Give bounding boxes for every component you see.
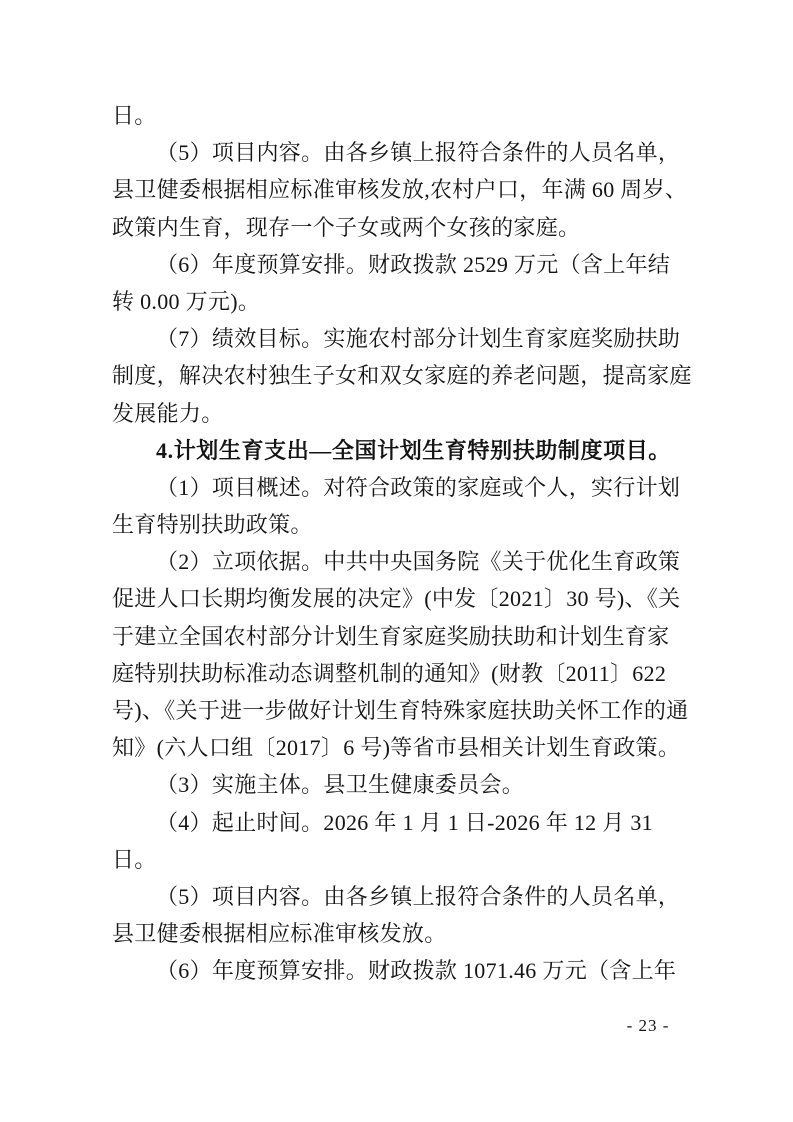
document-line: 号)、《关于进一步做好计划生育特殊家庭扶助关怀工作的通	[112, 692, 687, 729]
document-line: 于建立全国农村部分计划生育家庭奖励扶助和计划生育家	[112, 618, 687, 655]
document-line: 日。	[112, 97, 687, 134]
document-line: 知》(六人口组〔2017〕6 号)等省市县相关计划生育政策。	[112, 729, 687, 766]
document-line: 日。	[112, 841, 687, 878]
document-line: 生育特别扶助政策。	[112, 506, 687, 543]
document-line: （5）项目内容。由各乡镇上报符合条件的人员名单，	[112, 134, 687, 171]
section-heading-line: 4.计划生育支出—全国计划生育特别扶助制度项目。	[112, 432, 687, 469]
document-body: 日。（5）项目内容。由各乡镇上报符合条件的人员名单，县卫健委根据相应标准审核发放…	[112, 97, 687, 990]
document-line: 政策内生育，现存一个子女或两个女孩的家庭。	[112, 209, 687, 246]
document-line: 促进人口长期均衡发展的决定》(中发〔2021〕30 号)、《关	[112, 580, 687, 617]
document-line: 县卫健委根据相应标准审核发放,农村户口，年满 60 周岁、	[112, 171, 687, 208]
document-line: （6）年度预算安排。财政拨款 1071.46 万元（含上年	[112, 952, 687, 989]
document-line: （7）绩效目标。实施农村部分计划生育家庭奖励扶助	[112, 320, 687, 357]
document-line: （1）项目概述。对符合政策的家庭或个人，实行计划	[112, 469, 687, 506]
page-number: - 23 -	[618, 1014, 678, 1038]
document-line: （4）起止时间。2026 年 1 月 1 日-2026 年 12 月 31	[112, 804, 687, 841]
document-line: （5）项目内容。由各乡镇上报符合条件的人员名单，	[112, 878, 687, 915]
document-line: （2）立项依据。中共中央国务院《关于优化生育政策	[112, 543, 687, 580]
document-line: 庭特别扶助标准动态调整机制的通知》(财教〔2011〕622	[112, 655, 687, 692]
document-page: 日。（5）项目内容。由各乡镇上报符合条件的人员名单，县卫健委根据相应标准审核发放…	[0, 0, 793, 1122]
document-line: （6）年度预算安排。财政拨款 2529 万元（含上年结	[112, 246, 687, 283]
document-line: 制度，解决农村独生子女和双女家庭的养老问题，提高家庭	[112, 357, 687, 394]
document-line: 发展能力。	[112, 395, 687, 432]
document-line: 县卫健委根据相应标准审核发放。	[112, 915, 687, 952]
document-line: （3）实施主体。县卫生健康委员会。	[112, 766, 687, 803]
document-line: 转 0.00 万元)。	[112, 283, 687, 320]
